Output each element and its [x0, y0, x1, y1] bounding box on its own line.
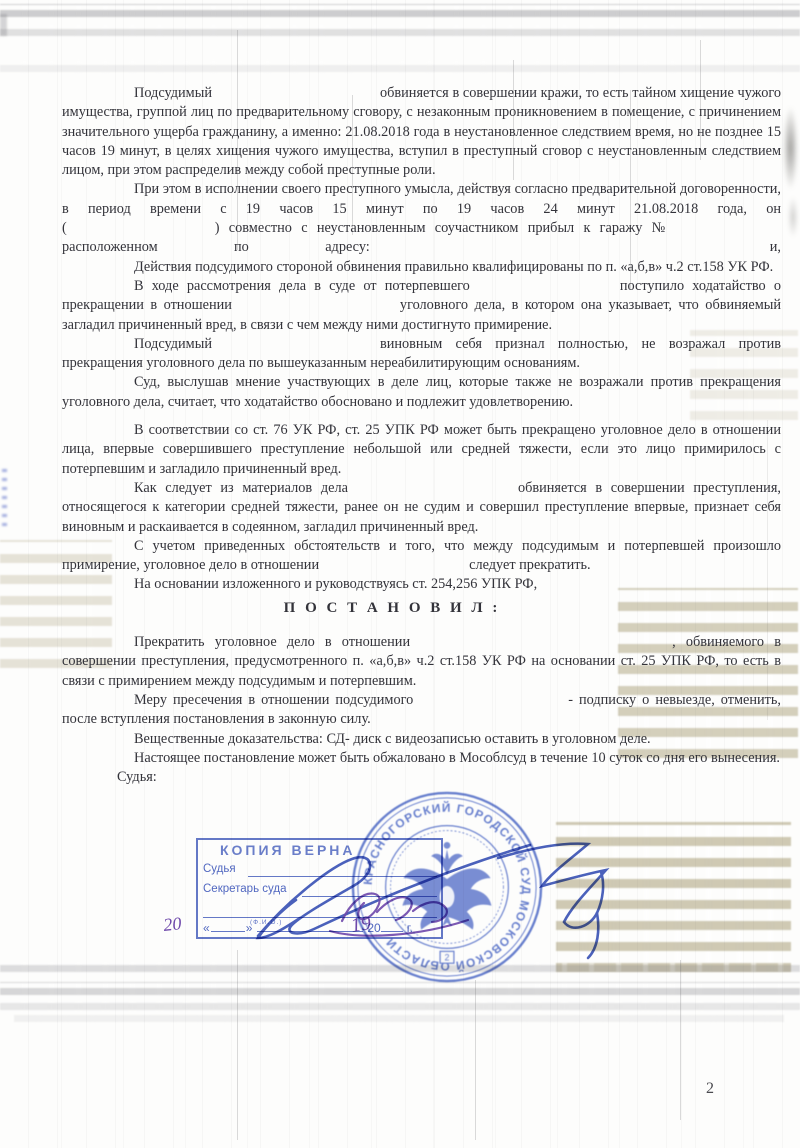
paragraph-court-opinion: Суд, выслушав мнение участвующих в деле … — [62, 373, 781, 412]
seal-badge: 2 — [440, 951, 454, 963]
paragraph-preventive-measure: Меру пресечения в отношении подсудимого-… — [62, 691, 781, 730]
scan-smudge — [783, 106, 798, 190]
redacted-blank — [370, 250, 770, 251]
redacted-blank — [212, 347, 380, 348]
redacted-blank — [67, 231, 215, 232]
eagle-emblem — [402, 842, 491, 930]
copy-stamp-secretary-label: Секретарь суда — [203, 883, 286, 895]
redacted-blank — [671, 231, 781, 232]
scan-vertical-line — [475, 980, 476, 1140]
redacted-blank — [319, 568, 469, 569]
paragraph-appeal: Настоящее постановление может быть обжал… — [62, 749, 781, 768]
redacted-blank — [212, 96, 380, 97]
close-quote: » — [246, 921, 253, 935]
svg-text:2: 2 — [445, 953, 450, 963]
bleed-through-band — [0, 60, 800, 72]
scan-smudge — [788, 196, 798, 238]
bleed-through-band — [14, 1014, 784, 1022]
paragraph-accusation: Подсудимыйобвиняется в совершении кражи,… — [62, 84, 781, 180]
resolution-heading: П О С Т А Н О В И Л : — [62, 599, 721, 618]
paragraph-qualification: Действия подсудимого стороной обвинения … — [62, 258, 781, 277]
court-seal: КРАСНОГОРСКИЙ ГОРОДСКОЙ СУД МОСКОВСКОЙ О… — [348, 788, 546, 986]
paragraph-victim-motion: В ходе рассмотрения дела в суде от потер… — [62, 277, 781, 335]
bleed-through-text — [556, 822, 791, 972]
paragraph-law-basis: В соответствии со ст. 76 УК РФ, ст. 25 У… — [62, 421, 781, 479]
scanned-page: Подсудимыйобвиняется в совершении кражи,… — [0, 0, 800, 1148]
redacted-blank — [348, 491, 518, 492]
redacted-blank — [413, 703, 568, 704]
paragraph-case-materials: Как следует из материалов делаобвиняется… — [62, 479, 781, 537]
redacted-blank — [410, 645, 672, 646]
paragraph-ruling-basis: На основании изложенного и руководствуяс… — [62, 575, 781, 594]
copy-stamp-judge-label: Судья — [203, 863, 236, 875]
scan-vertical-line — [680, 960, 681, 1120]
ink-bleed-mark — [2, 468, 7, 526]
paragraph-evidence: Вещественные доказательства: СД- диск с … — [62, 730, 781, 749]
paragraph-reconciliation: С учетом приведенных обстоятельств и тог… — [62, 537, 781, 576]
copy-stamp-title: КОПИЯ ВЕРНА — [220, 842, 356, 858]
bleed-through-band — [0, 24, 800, 36]
paragraph-defendant-position: Подсудимыйвиновным себя признал полность… — [62, 335, 781, 374]
judge-signature-line: Судья: — [62, 768, 781, 787]
day-blank — [211, 919, 245, 932]
handwritten-day: 20 — [162, 913, 182, 935]
document-body: Подсудимыйобвиняется в совершении кражи,… — [62, 84, 781, 787]
page-number: 2 — [706, 1080, 714, 1098]
scan-edge-mark — [0, 14, 7, 36]
scan-vertical-line — [237, 950, 238, 1140]
paragraph-crime-location: () совместно с неустановленным соучастни… — [62, 219, 781, 258]
paragraph-crime-details: При этом в исполнении своего преступного… — [62, 180, 781, 219]
bleed-through-band — [0, 4, 800, 17]
redacted-blank — [470, 289, 620, 290]
open-quote: « — [203, 921, 210, 935]
redacted-blank — [232, 308, 400, 309]
paragraph-terminate-case: Прекратить уголовное дело в отношении, о… — [62, 633, 781, 691]
